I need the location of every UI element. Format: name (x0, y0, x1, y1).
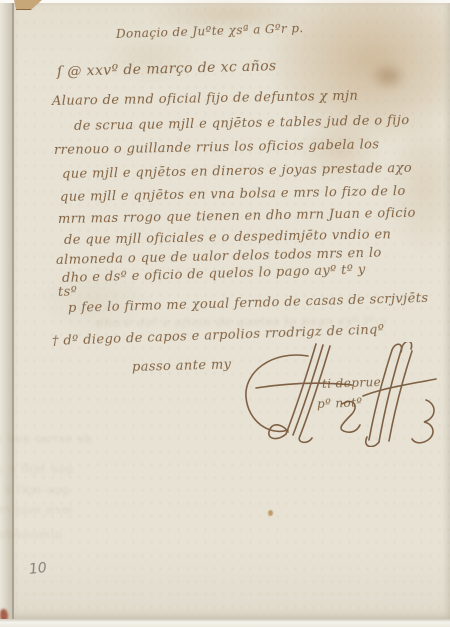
page-bottom-edge (0, 619, 450, 627)
signature-text-2: pº notº (317, 395, 363, 411)
notary-phrase: passo ante my (132, 357, 232, 375)
ink-speck (268, 510, 273, 516)
notary-rubric-flourishes (230, 342, 445, 447)
bleed-through-line: que mjll e qnjētos en vna bolsa e mrs lo… (0, 480, 70, 497)
witness-mark: tsº (58, 284, 78, 300)
bleed-through-line: de scrua que mjll e qnjētos e tables jud… (0, 429, 92, 446)
bleed-through-line: almoneda o que de ualor delos todos mrs … (0, 525, 62, 542)
signature-text-1: ti deprue (322, 375, 382, 391)
pencil-page-number: 10 (28, 560, 47, 578)
scanned-manuscript-screenshot: { "manuscript": { "heading": "Donaçio de… (0, 0, 450, 627)
bleed-through-line: mrn mas rrogo que tienen en dho mrn Juan… (0, 501, 72, 517)
bleed-through-line: que mjll e qnjētos en dineros e joyas pr… (0, 460, 74, 476)
